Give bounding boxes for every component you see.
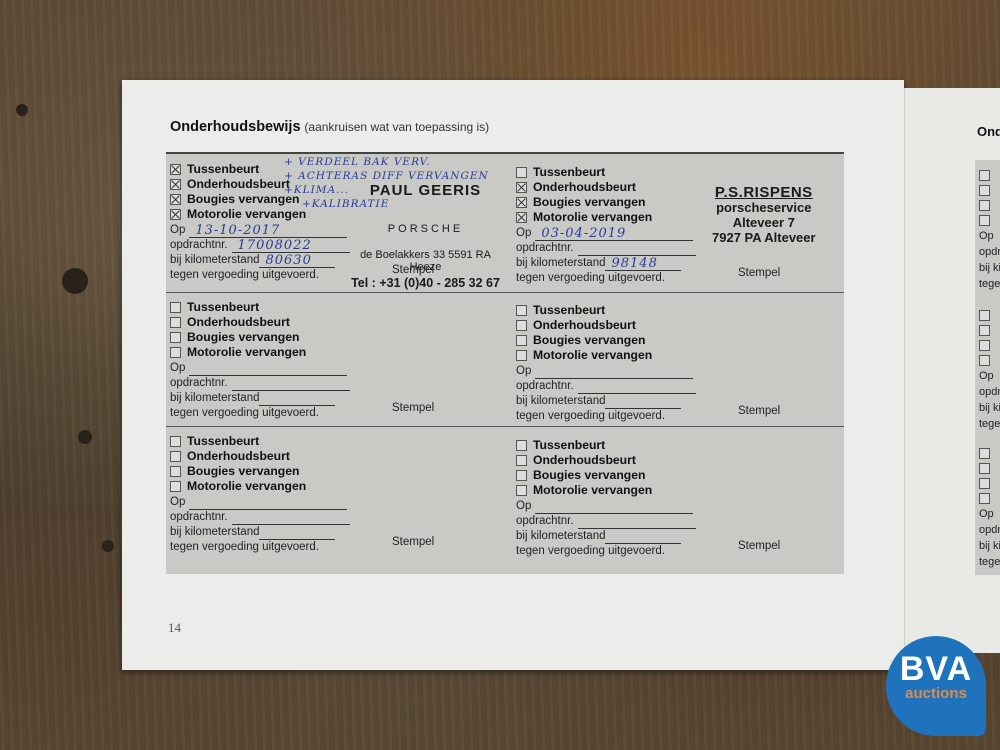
checklist-label: Motorolie vervangen bbox=[533, 210, 652, 225]
checklist-label: Bougies vervangen bbox=[187, 464, 299, 479]
maintenance-entry: TussenbeurtOnderhoudsbeurtBougies vervan… bbox=[512, 295, 851, 433]
checklist-label: Tussenbeurt bbox=[187, 434, 259, 449]
checklist-label: Motorolie vervangen bbox=[187, 207, 306, 222]
checklist-item: Onderhoudsbeurt bbox=[170, 449, 350, 464]
order-number-field: opdrachtnr. bbox=[516, 514, 696, 529]
stamp-label: Stempel bbox=[738, 540, 780, 552]
checkbox[interactable] bbox=[170, 436, 181, 447]
checkbox[interactable] bbox=[516, 470, 527, 481]
mileage-field: bij kilometerstand bbox=[170, 391, 350, 406]
performed-label: tegen vergoeding uitgevoerd. bbox=[516, 409, 696, 424]
checklist-item: Onderhoudsbeurt bbox=[516, 453, 696, 468]
checklist-item: Tussenbeurt bbox=[516, 165, 696, 180]
order-number-field: opdrachtnr. bbox=[516, 379, 696, 394]
order-number-field: opdrachtnr. bbox=[170, 510, 350, 525]
checklist-item: Motorolie vervangen bbox=[170, 345, 350, 360]
checkbox[interactable] bbox=[170, 481, 181, 492]
maintenance-entry: TussenbeurtOnderhoudsbeurtBougies vervan… bbox=[512, 430, 851, 568]
entry-checklist: TussenbeurtOnderhoudsbeurtBougies vervan… bbox=[170, 434, 350, 555]
wood-knot bbox=[62, 268, 88, 294]
checkbox[interactable] bbox=[979, 478, 990, 489]
porsche-logo-text: PORSCHE bbox=[346, 223, 505, 235]
checkbox[interactable] bbox=[979, 340, 990, 351]
handwritten-note: +KALIBRATIE bbox=[302, 198, 389, 210]
checklist-label: Tussenbeurt bbox=[533, 303, 605, 318]
checklist-label: Bougies vervangen bbox=[533, 468, 645, 483]
handwritten-mileage: 80630 bbox=[265, 253, 311, 268]
stamp-label: Stempel bbox=[392, 536, 434, 548]
checkbox[interactable] bbox=[170, 179, 181, 190]
field-label: Op bbox=[979, 508, 994, 520]
wood-knot bbox=[16, 104, 28, 116]
field-label: bij kilometerstand bbox=[979, 402, 1000, 414]
checkbox[interactable] bbox=[979, 493, 990, 504]
checklist-label: Motorolie vervangen bbox=[187, 479, 306, 494]
checkbox[interactable] bbox=[979, 170, 990, 181]
mileage-field: bij kilometerstand bbox=[516, 394, 696, 409]
checklist-label: Tussenbeurt bbox=[533, 438, 605, 453]
right-page-form: Opopdrachtnr.bij kilometerstandtegen ver… bbox=[975, 160, 1000, 575]
field-label: opdrachtnr. bbox=[979, 386, 1000, 398]
checklist-label: Bougies vervangen bbox=[187, 192, 299, 207]
handwritten-note: + VERDEEL BAK VERV. bbox=[284, 156, 431, 168]
checklist-label: Onderhoudsbeurt bbox=[187, 315, 290, 330]
bva-auctions-logo: BVA auctions bbox=[886, 636, 986, 736]
checklist-item: Tussenbeurt bbox=[516, 303, 696, 318]
date-field: Op bbox=[516, 364, 696, 379]
checklist-item: Tussenbeurt bbox=[516, 438, 696, 453]
checkbox[interactable] bbox=[516, 320, 527, 331]
checklist-label: Tussenbeurt bbox=[533, 165, 605, 180]
checklist-item: Tussenbeurt bbox=[170, 300, 350, 315]
field-label: tegen vergoeding uitgevoerd. bbox=[979, 556, 1000, 568]
checklist-item: Bougies vervangen bbox=[170, 464, 350, 479]
checklist-label: Bougies vervangen bbox=[187, 330, 299, 345]
checklist-label: Motorolie vervangen bbox=[533, 348, 652, 363]
checklist-item: Motorolie vervangen bbox=[516, 348, 696, 363]
field-label: opdrachtnr. bbox=[979, 524, 1000, 536]
order-number-field: opdrachtnr.17008022 bbox=[170, 238, 350, 253]
subtitle-text: (aankruisen wat van toepassing is) bbox=[304, 120, 489, 134]
checklist-item: Tussenbeurt bbox=[170, 434, 350, 449]
checklist-label: Onderhoudsbeurt bbox=[533, 180, 636, 195]
checkbox[interactable] bbox=[979, 448, 990, 459]
field-label: bij kilometerstand bbox=[979, 262, 1000, 274]
date-field: Op bbox=[516, 499, 696, 514]
checkbox[interactable] bbox=[516, 455, 527, 466]
checklist-item: Bougies vervangen bbox=[516, 333, 696, 348]
checkbox[interactable] bbox=[516, 167, 527, 178]
order-number-field: opdrachtnr. bbox=[170, 376, 350, 391]
maintenance-entry: TussenbeurtOnderhoudsbeurtBougies vervan… bbox=[166, 426, 505, 564]
performed-label: tegen vergoeding uitgevoerd. bbox=[170, 406, 350, 421]
stamp-label: Stempel bbox=[738, 405, 780, 417]
field-label: Op bbox=[979, 370, 994, 382]
checklist-item: Bougies vervangen bbox=[170, 330, 350, 345]
entry-checklist: TussenbeurtOnderhoudsbeurtBougies vervan… bbox=[516, 303, 696, 424]
performed-label: tegen vergoeding uitgevoerd. bbox=[516, 544, 696, 559]
wood-knot bbox=[102, 540, 114, 552]
checkbox[interactable] bbox=[170, 466, 181, 477]
performed-label: tegen vergoeding uitgevoerd. bbox=[170, 540, 350, 555]
checkbox[interactable] bbox=[170, 332, 181, 343]
checklist-item: Onderhoudsbeurt bbox=[170, 315, 350, 330]
performed-label: tegen vergoeding uitgevoerd. bbox=[516, 271, 696, 286]
checklist-item: Bougies vervangen bbox=[516, 468, 696, 483]
right-page-title: Ond bbox=[977, 124, 1000, 139]
checklist-label: Bougies vervangen bbox=[533, 195, 645, 210]
handwritten-mileage: 98148 bbox=[611, 256, 657, 271]
title-text: Onderhoudsbewijs bbox=[170, 119, 301, 135]
handwritten-date: 03-04-2019 bbox=[541, 226, 626, 241]
checklist-item: Bougies vervangen bbox=[516, 195, 696, 210]
field-label: opdrachtnr. bbox=[979, 246, 1000, 258]
checklist-label: Motorolie vervangen bbox=[187, 345, 306, 360]
handwritten-note: +KLIMA... bbox=[284, 184, 349, 196]
date-field: Op bbox=[170, 495, 350, 510]
checklist-label: Tussenbeurt bbox=[187, 300, 259, 315]
mileage-field: bij kilometerstand bbox=[170, 525, 350, 540]
checkbox[interactable] bbox=[170, 347, 181, 358]
checklist-item: Motorolie vervangen bbox=[170, 479, 350, 494]
logo-brand: BVA bbox=[886, 650, 986, 689]
checklist-item: Motorolie vervangen bbox=[516, 483, 696, 498]
stamp-label: Stempel bbox=[392, 402, 434, 414]
field-label: bij kilometerstand bbox=[979, 540, 1000, 552]
entry-checklist: TussenbeurtOnderhoudsbeurtBougies vervan… bbox=[516, 438, 696, 559]
maintenance-entry: TussenbeurtOnderhoudsbeurtBougies vervan… bbox=[512, 157, 851, 295]
checklist-item: Onderhoudsbeurt bbox=[516, 180, 696, 195]
checklist-label: Tussenbeurt bbox=[187, 162, 259, 177]
mileage-field: bij kilometerstand bbox=[516, 529, 696, 544]
checklist-item: Motorolie vervangen bbox=[516, 210, 696, 225]
checkbox[interactable] bbox=[979, 355, 990, 366]
entry-checklist: TussenbeurtOnderhoudsbeurtBougies vervan… bbox=[516, 165, 696, 286]
checkbox[interactable] bbox=[979, 310, 990, 321]
checkbox[interactable] bbox=[170, 302, 181, 313]
checkbox[interactable] bbox=[979, 200, 990, 211]
checkbox[interactable] bbox=[516, 212, 527, 223]
checkbox[interactable] bbox=[516, 197, 527, 208]
checkbox[interactable] bbox=[170, 317, 181, 328]
checklist-label: Onderhoudsbeurt bbox=[533, 453, 636, 468]
date-field: Op13-10-2017 bbox=[170, 223, 350, 238]
page-number: 14 bbox=[168, 620, 181, 636]
checkbox[interactable] bbox=[516, 305, 527, 316]
field-label: tegen vergoeding uitgevoerd. bbox=[979, 278, 1000, 290]
checkbox[interactable] bbox=[979, 185, 990, 196]
checklist-item: Onderhoudsbeurt bbox=[516, 318, 696, 333]
checklist-label: Onderhoudsbeurt bbox=[187, 177, 290, 192]
mileage-field: bij kilometerstand98148 bbox=[516, 256, 696, 271]
checkbox[interactable] bbox=[516, 440, 527, 451]
dealer-stamp: P.S.RISPENS porscheservice Alteveer 7 79… bbox=[712, 185, 816, 245]
checkbox[interactable] bbox=[979, 325, 990, 336]
handwritten-order-number: 17008022 bbox=[238, 238, 312, 253]
date-field: Op03-04-2019 bbox=[516, 226, 696, 241]
date-field: Op bbox=[170, 361, 350, 376]
checkbox[interactable] bbox=[516, 182, 527, 193]
checkbox[interactable] bbox=[979, 215, 990, 226]
field-label: tegen vergoeding uitgevoerd. bbox=[979, 418, 1000, 430]
checklist-label: Onderhoudsbeurt bbox=[533, 318, 636, 333]
maintenance-entry: TussenbeurtOnderhoudsbeurtBougies vervan… bbox=[166, 292, 505, 430]
page-title: Onderhoudsbewijs (aankruisen wat van toe… bbox=[170, 118, 489, 135]
checkbox[interactable] bbox=[516, 350, 527, 361]
checkbox[interactable] bbox=[170, 209, 181, 220]
wood-knot bbox=[78, 430, 92, 444]
checkbox[interactable] bbox=[170, 164, 181, 175]
stamp-label: Stempel bbox=[738, 267, 780, 279]
checkbox[interactable] bbox=[170, 194, 181, 205]
maintenance-form-grid: TussenbeurtOnderhoudsbeurtBougies vervan… bbox=[166, 152, 844, 574]
checkbox[interactable] bbox=[516, 485, 527, 496]
booklet-right-page: Ond Opopdrachtnr.bij kilometerstandtegen… bbox=[904, 88, 1000, 653]
checklist-label: Onderhoudsbeurt bbox=[187, 449, 290, 464]
order-number-field: opdrachtnr. bbox=[516, 241, 696, 256]
performed-label: tegen vergoeding uitgevoerd. bbox=[170, 268, 350, 283]
checkbox[interactable] bbox=[170, 451, 181, 462]
mileage-field: bij kilometerstand80630 bbox=[170, 253, 350, 268]
field-label: Op bbox=[979, 230, 994, 242]
booklet-left-page: Onderhoudsbewijs (aankruisen wat van toe… bbox=[122, 80, 904, 670]
checkbox[interactable] bbox=[516, 335, 527, 346]
entry-checklist: TussenbeurtOnderhoudsbeurtBougies vervan… bbox=[170, 300, 350, 421]
handwritten-note: + ACHTERAS DIFF VERVANGEN bbox=[284, 170, 489, 182]
checkbox[interactable] bbox=[979, 463, 990, 474]
maintenance-entry: TussenbeurtOnderhoudsbeurtBougies vervan… bbox=[166, 154, 505, 292]
handwritten-date: 13-10-2017 bbox=[195, 223, 280, 238]
checklist-label: Motorolie vervangen bbox=[533, 483, 652, 498]
checklist-label: Bougies vervangen bbox=[533, 333, 645, 348]
